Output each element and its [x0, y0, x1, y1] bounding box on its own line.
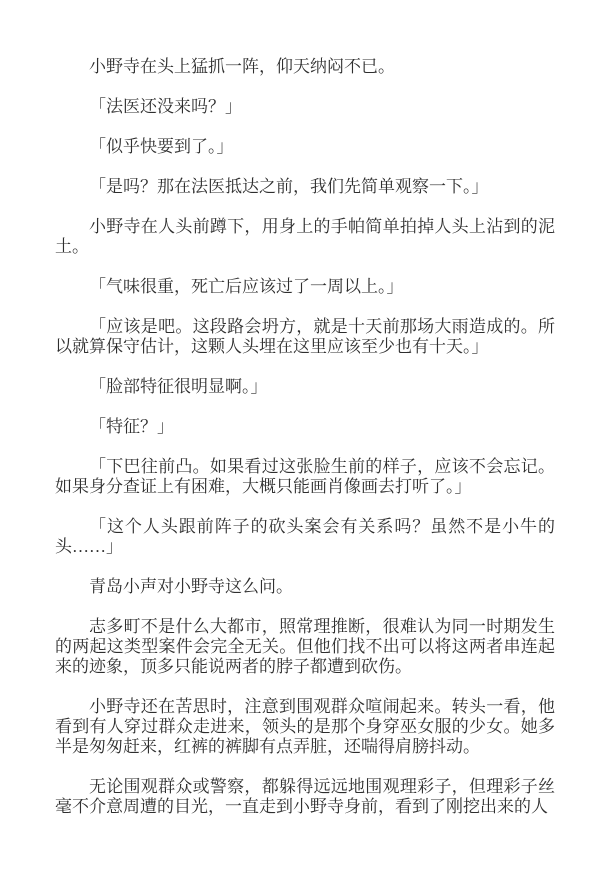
paragraph: 小野寺在人头前蹲下，用身上的手帕简单拍掉人头上沾到的泥土。 — [55, 217, 555, 257]
paragraph: 青岛小声对小野寺这么问。 — [55, 577, 555, 597]
paragraph: 「下巴往前凸。如果看过这张脸生前的样子，应该不会忘记。如果身分查证上有困难，大概… — [55, 457, 555, 497]
paragraph: 小野寺还在苦思时，注意到围观群众喧闹起来。转头一看，他看到有人穿过群众走进来，领… — [55, 697, 555, 757]
paragraph: 「气味很重，死亡后应该过了一周以上。」 — [55, 277, 555, 297]
paragraph: 「特征？」 — [55, 417, 555, 437]
paragraph: 志多町不是什么大都市，照常理推断，很难认为同一时期发生的两起这类型案件会完全无关… — [55, 617, 555, 677]
paragraph: 「似乎快要到了。」 — [55, 137, 555, 157]
paragraph: 「应该是吧。这段路会坍方，就是十天前那场大雨造成的。所以就算保守估计，这颗人头埋… — [55, 317, 555, 357]
paragraph: 「这个人头跟前阵子的砍头案会有关系吗？虽然不是小牛的头……」 — [55, 517, 555, 557]
page-text: 小野寺在头上猛抓一阵，仰天纳闷不已。 「法医还没来吗？」 「似乎快要到了。」 「… — [55, 57, 555, 817]
paragraph: 无论围观群众或警察，都躲得远远地围观理彩子，但理彩子丝毫不介意周遭的目光，一直走… — [55, 777, 555, 817]
paragraph: 「是吗？那在法医抵达之前，我们先简单观察一下。」 — [55, 177, 555, 197]
paragraph: 「脸部特征很明显啊。」 — [55, 377, 555, 397]
paragraph: 「法医还没来吗？」 — [55, 97, 555, 117]
book-page: 小野寺在头上猛抓一阵，仰天纳闷不已。 「法医还没来吗？」 「似乎快要到了。」 「… — [0, 0, 613, 869]
paragraph: 小野寺在头上猛抓一阵，仰天纳闷不已。 — [55, 57, 555, 77]
